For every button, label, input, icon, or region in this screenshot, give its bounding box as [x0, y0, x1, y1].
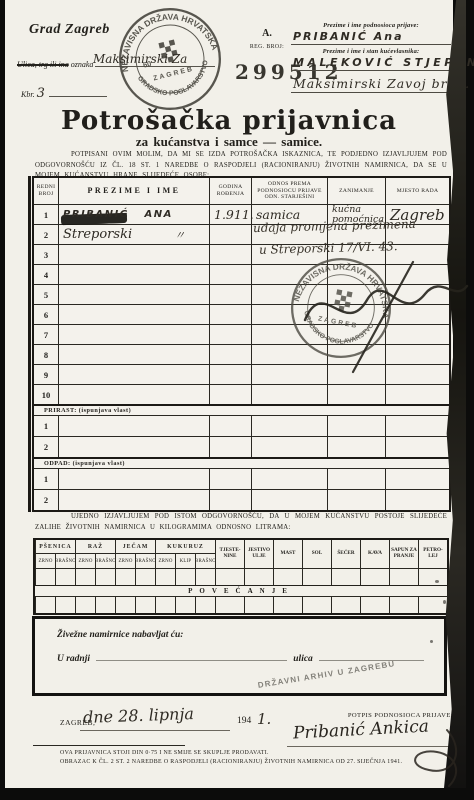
ulica-fill-line: [319, 650, 424, 661]
col-header-mjesto-rada: MJESTO RADA: [385, 178, 449, 204]
col-header-odnos: ODNOS PREMA PODNOSIOCU PRIJAVE ODN. STAR…: [251, 178, 327, 204]
col-header-kava: KAVA: [360, 540, 389, 568]
street-label-struck: Ulica, trg ili ina: [17, 60, 69, 69]
noise-speck: [430, 640, 433, 643]
cell: [58, 415, 209, 436]
row-number: 1: [34, 468, 58, 489]
group-header-jecam: JEČAM: [115, 540, 155, 553]
odpad-section-label: ODPAD: (ispunjava vlast): [34, 457, 449, 468]
firstname-handwritten: ANA: [145, 209, 173, 220]
cell: [209, 364, 251, 384]
col-header-godina: GODINA ROĐENJA: [209, 178, 251, 204]
row-number: 5: [34, 284, 58, 304]
subheader-zrno: ZRNO: [75, 553, 95, 568]
cell: [195, 596, 215, 613]
signature-label: POTPIS PODNOSIOCA PRIJAVE:: [305, 712, 453, 719]
row-number: 1: [34, 415, 58, 436]
cell: [209, 489, 251, 510]
purchase-declaration-box: Živežne namirnice nabavljat ću: U radnji…: [32, 616, 447, 696]
signature-flourish: [297, 724, 467, 794]
cell: [75, 596, 95, 613]
subheader-zrno: ZRNO: [115, 553, 135, 568]
cell: [360, 568, 389, 585]
official-signature-scrawl: [301, 258, 471, 378]
date-fill-line: [80, 730, 230, 731]
cell: [175, 596, 195, 613]
section-block: A. REG. BROJ:: [245, 28, 289, 50]
col-header-sol: SOL: [302, 540, 331, 568]
subheader-zrno: ZRNO: [155, 553, 175, 568]
kbr-label: Kbr.: [21, 90, 35, 99]
cell: [251, 489, 327, 510]
cell: [35, 596, 55, 613]
col-header-mast: MAST: [273, 540, 302, 568]
cell: [209, 436, 251, 457]
supplies-declaration-paragraph: UJEDNO IZJAVLJUJEM POD ISTOM ODGOVORNOŠĆ…: [35, 512, 447, 533]
form-subtitle: za kućanstva i samce — samice.: [5, 134, 453, 150]
form-paper: Grad Zagreb Ulica, trg ili ina oznaka Ma…: [5, 0, 453, 788]
cell: [209, 468, 251, 489]
noise-speck: [443, 600, 446, 604]
name-handwritten: Streporski: [63, 227, 132, 242]
cell: [58, 468, 209, 489]
cell: [55, 596, 75, 613]
cell: [95, 568, 115, 585]
cell: [215, 568, 244, 585]
row-number: 10: [34, 384, 58, 404]
form-title: Potrošačka prijavnica: [5, 106, 453, 136]
povecanje-band: POVEĆANJE: [35, 585, 447, 596]
group-header-raz: RAŽ: [75, 540, 115, 553]
cell: [209, 384, 251, 404]
cell: [327, 468, 385, 489]
subheader-brasno: BRAŠNO: [95, 553, 115, 568]
cell: [115, 568, 135, 585]
row-number: 2: [34, 224, 58, 244]
cell: [209, 415, 251, 436]
row-number: 2: [34, 436, 58, 457]
row-number: 7: [34, 324, 58, 344]
cell: [58, 489, 209, 510]
year-printed: 194: [237, 716, 251, 726]
cell: [389, 596, 418, 613]
cell: [244, 596, 273, 613]
cell: [115, 596, 135, 613]
cell: [58, 384, 209, 404]
header-name-fields: Prezime i ime podnosioca prijave: PRIBAN…: [291, 22, 451, 93]
row-number: 4: [34, 264, 58, 284]
col-header-tjestenine: TJESTE-NINE: [215, 540, 244, 568]
cell: [135, 568, 155, 585]
row-number: 6: [34, 304, 58, 324]
subheader-brasno: BRAŠNO: [55, 553, 75, 568]
cell: [251, 384, 327, 404]
applicant-label: Prezime i ime podnosioca prijave:: [291, 22, 451, 29]
owner-label: Prezime i ime i stan kućevlasnika:: [291, 48, 451, 55]
row-number: 8: [34, 344, 58, 364]
cell: [273, 596, 302, 613]
cell: [55, 568, 75, 585]
cell: [302, 568, 331, 585]
cell: [389, 568, 418, 585]
cell: [58, 244, 209, 264]
cell: [273, 568, 302, 585]
supplies-table: PŠENICA RAŽ JEČAM KUKURUZ TJESTE-NINE JE…: [33, 538, 449, 615]
row-number: 9: [34, 364, 58, 384]
cell: [385, 384, 449, 404]
section-letter: A.: [245, 28, 289, 39]
cell: [331, 568, 360, 585]
cell: [195, 568, 215, 585]
cell: [35, 568, 55, 585]
cell: [175, 568, 195, 585]
kbr-value-handwritten: 3: [37, 86, 45, 101]
birth-year-cell: 1.911.: [209, 204, 251, 224]
cell: [58, 364, 209, 384]
cell: [360, 596, 389, 613]
cell: [209, 324, 251, 344]
subheader-zrno: ZRNO: [35, 553, 55, 568]
prirast-section-label: PRIRAST: (ispunjava vlast): [34, 404, 449, 415]
kbr-fill-line: [49, 96, 107, 97]
noise-speck: [435, 580, 439, 583]
shop-label: U radnji: [57, 654, 90, 664]
house-number-row: Kbr. 3: [21, 86, 107, 101]
street-value-handwritten: Maksimirski Za: [93, 52, 187, 66]
cell: [209, 264, 251, 284]
cell: [135, 596, 155, 613]
row-number: 2: [34, 489, 58, 510]
name-cell: PRIBANIĆ ANA: [58, 204, 209, 224]
cell: [385, 489, 449, 510]
cell: [95, 596, 115, 613]
row-number: 1: [34, 204, 58, 224]
owner-value-handwritten: MALEKOVIĆ STJEPAN: [291, 55, 451, 71]
col-header-redni-broj: REDNI BROJ: [34, 178, 58, 204]
cell: [58, 436, 209, 457]
cell: [244, 568, 273, 585]
cell: [155, 568, 175, 585]
footer-rule: [33, 745, 185, 746]
col-header-sapun: SAPUN ZA PRANJE: [389, 540, 418, 568]
purchase-line1: Živežne namirnice nabavljat ću:: [57, 630, 183, 640]
cell: [418, 596, 447, 613]
cell: [331, 596, 360, 613]
ulica-label: ulica: [293, 654, 313, 664]
col-header-zanimanje: ZANIMANJE: [327, 178, 385, 204]
col-header-prezime-ime: PREZIME I IME: [58, 178, 209, 204]
footer-price-note: OVA PRIJAVNICA STOJI DIN 0·75 I NE SMIJE…: [60, 750, 269, 756]
cell: [58, 264, 209, 284]
cell: [385, 468, 449, 489]
cell: [302, 596, 331, 613]
reg-number-label: REG. BROJ:: [245, 44, 289, 50]
scanned-form-document: Grad Zagreb Ulica, trg ili ina oznaka Ma…: [0, 0, 474, 800]
subheader-brasno: BRAŠNO: [195, 553, 215, 568]
cell: [251, 415, 327, 436]
cell: [209, 224, 251, 244]
cell: [58, 344, 209, 364]
cell: [327, 436, 385, 457]
date-handwritten: dne 28. lipnja: [83, 704, 195, 727]
cell: [327, 415, 385, 436]
cell: [155, 596, 175, 613]
subheader-klip: KLIP: [175, 553, 195, 568]
group-header-psenica: PŠENICA: [35, 540, 75, 553]
cell: [58, 304, 209, 324]
cell: [327, 489, 385, 510]
street-label: oznaka: [71, 60, 94, 69]
cell: [385, 436, 449, 457]
row-number: 3: [34, 244, 58, 264]
cell: [251, 436, 327, 457]
cell: [251, 468, 327, 489]
cell: [209, 244, 251, 264]
col-header-jestivo-ulje: JESTIVO ULJE: [244, 540, 273, 568]
name-cell: Streporski 〃: [58, 224, 209, 244]
owner-address-handwritten: Maksimirski Zavoj br. 3.: [291, 75, 451, 93]
cell: [58, 284, 209, 304]
shop-fill-line: [96, 650, 287, 661]
subheader-brasno: BRAŠNO: [135, 553, 155, 568]
cell: [327, 384, 385, 404]
cell: [209, 344, 251, 364]
cell: [58, 324, 209, 344]
group-header-kukuruz: KUKURUZ: [155, 540, 215, 553]
year-handwritten: 1.: [257, 710, 271, 728]
cell: [209, 304, 251, 324]
name-handwritten: PRIBANIĆ: [63, 209, 129, 220]
cell: [385, 415, 449, 436]
ditto-mark: 〃: [174, 227, 185, 243]
cell: [75, 568, 95, 585]
cell: [209, 284, 251, 304]
applicant-value-handwritten: PRIBANIĆ Ana: [291, 29, 451, 45]
col-header-secer: ŠEĆER: [331, 540, 360, 568]
col-header-petrolej: PETRO-LEJ: [418, 540, 447, 568]
cell: [215, 596, 244, 613]
cell: [418, 568, 447, 585]
stamp-center-text: ZAGREB: [153, 66, 195, 83]
city-heading: Grad Zagreb: [29, 22, 110, 38]
